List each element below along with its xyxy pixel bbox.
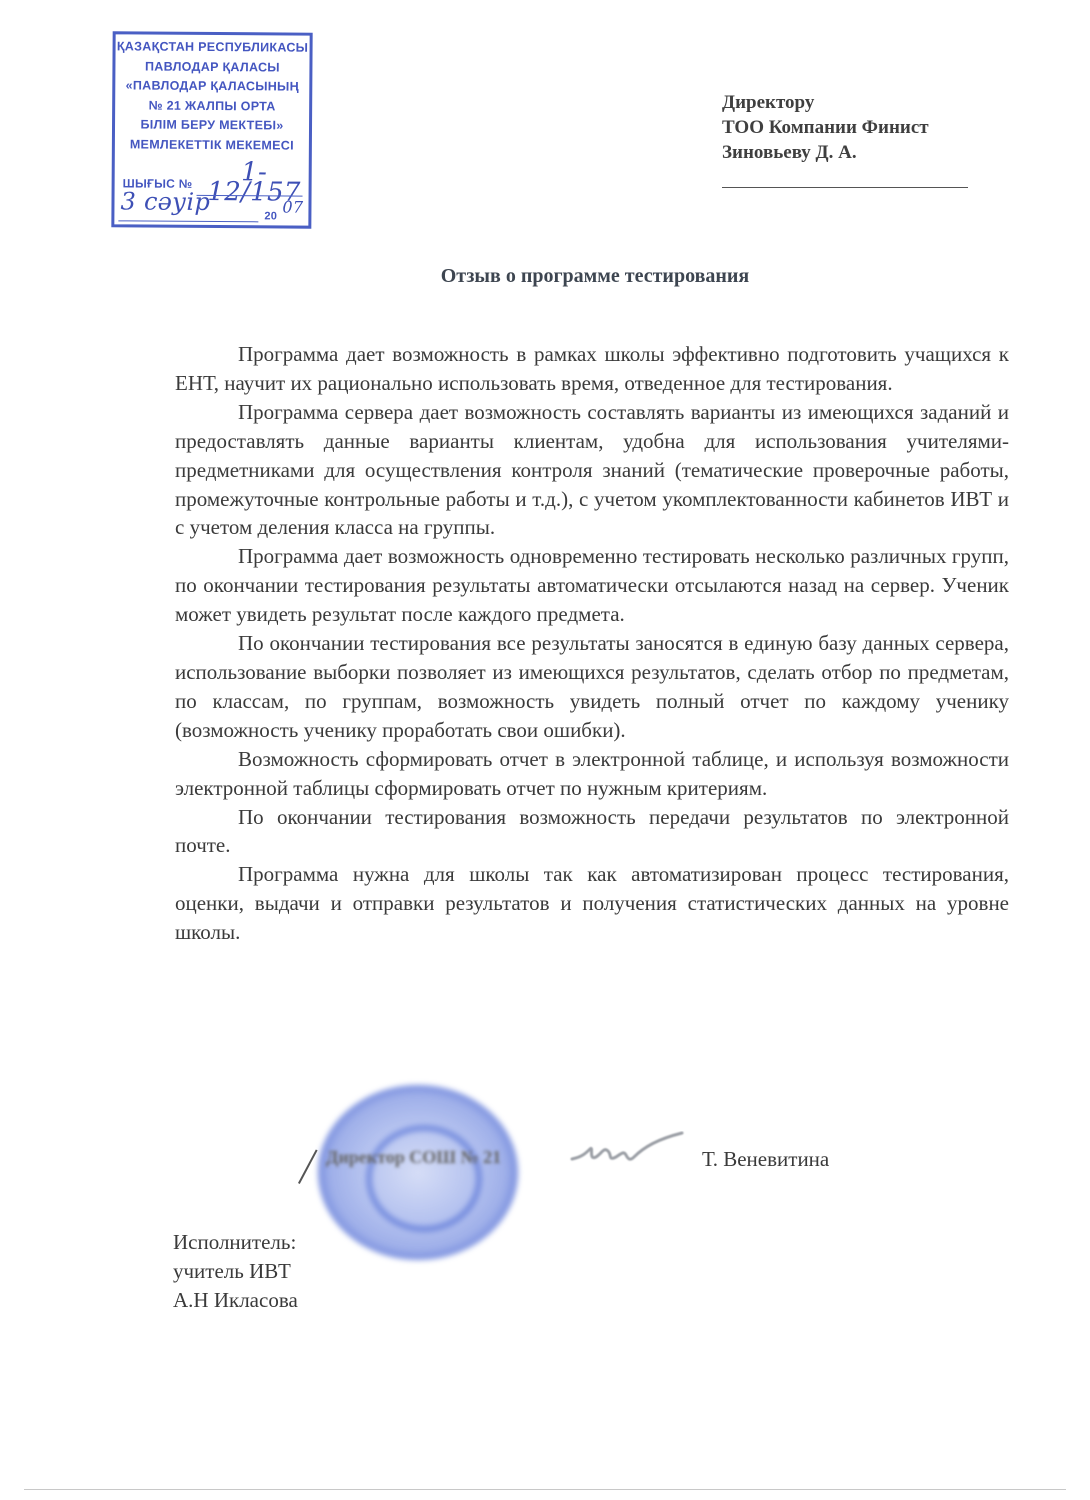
paragraph: По окончании тестирования возможность пе… [175, 803, 1009, 861]
executor-role: учитель ИВТ [173, 1257, 298, 1286]
stamp-day-underline [118, 220, 258, 222]
paragraph: Программа дает возможность одновременно … [175, 542, 1009, 629]
stamp-line: МЕМЛЕКЕТТІК МЕКЕМЕСІ [115, 135, 309, 156]
handwritten-signature-icon [568, 1131, 688, 1175]
stamp-line: ҚАЗАҚСТАН РЕСПУБЛИКАСЫ [116, 37, 310, 58]
addressee-rule [722, 187, 968, 188]
addressee-company: ТОО Компании Финист [722, 115, 968, 140]
signatory-position: Директор СОШ № 21 [326, 1147, 501, 1168]
stamp-year-hand: 07 [282, 197, 303, 217]
executor-label: Исполнитель: [173, 1228, 298, 1257]
signatory-name: Т. Веневитина [702, 1147, 829, 1172]
registration-stamp: ҚАЗАҚСТАН РЕСПУБЛИКАСЫ ПАВЛОДАР ҚАЛАСЫ «… [111, 31, 312, 228]
stamp-day: 3 сәуір [120, 192, 210, 212]
document-title: Отзыв о программе тестирования [0, 265, 1090, 288]
stamp-line: БІЛІМ БЕРУ МЕКТЕБІ» [115, 115, 309, 136]
paragraph: Программа нужна для школы так как автома… [175, 860, 1009, 947]
page-edge-line [24, 1489, 1066, 1490]
slash-mark [298, 1149, 318, 1183]
stamp-line: «ПАВЛОДАР ҚАЛАСЫНЫҢ [115, 76, 309, 97]
paragraph: По окончании тестирования все результаты… [175, 629, 1009, 745]
addressee-name: Зиновьеву Д. А. [722, 140, 968, 165]
paragraph: Программа дает возможность в рамках школ… [175, 340, 1009, 398]
stamp-line: ПАВЛОДАР ҚАЛАСЫ [115, 57, 309, 78]
addressee-block: Директору ТОО Компании Финист Зиновьеву … [722, 90, 968, 188]
executor-name: А.Н Икласова [173, 1286, 298, 1315]
stamp-year-prefix: 20 [264, 207, 277, 227]
paragraph: Программа сервера дает возможность соста… [175, 398, 1009, 543]
document-body: Программа дает возможность в рамках школ… [175, 340, 1009, 947]
executor-block: Исполнитель: учитель ИВТ А.Н Икласова [173, 1228, 298, 1315]
addressee-position: Директору [722, 90, 968, 115]
signature-block: Директор СОШ № 21 Т. Веневитина [298, 1145, 898, 1185]
paragraph: Возможность сформировать отчет в электро… [175, 745, 1009, 803]
stamp-line: № 21 ЖАЛПЫ ОРТА [115, 96, 309, 117]
